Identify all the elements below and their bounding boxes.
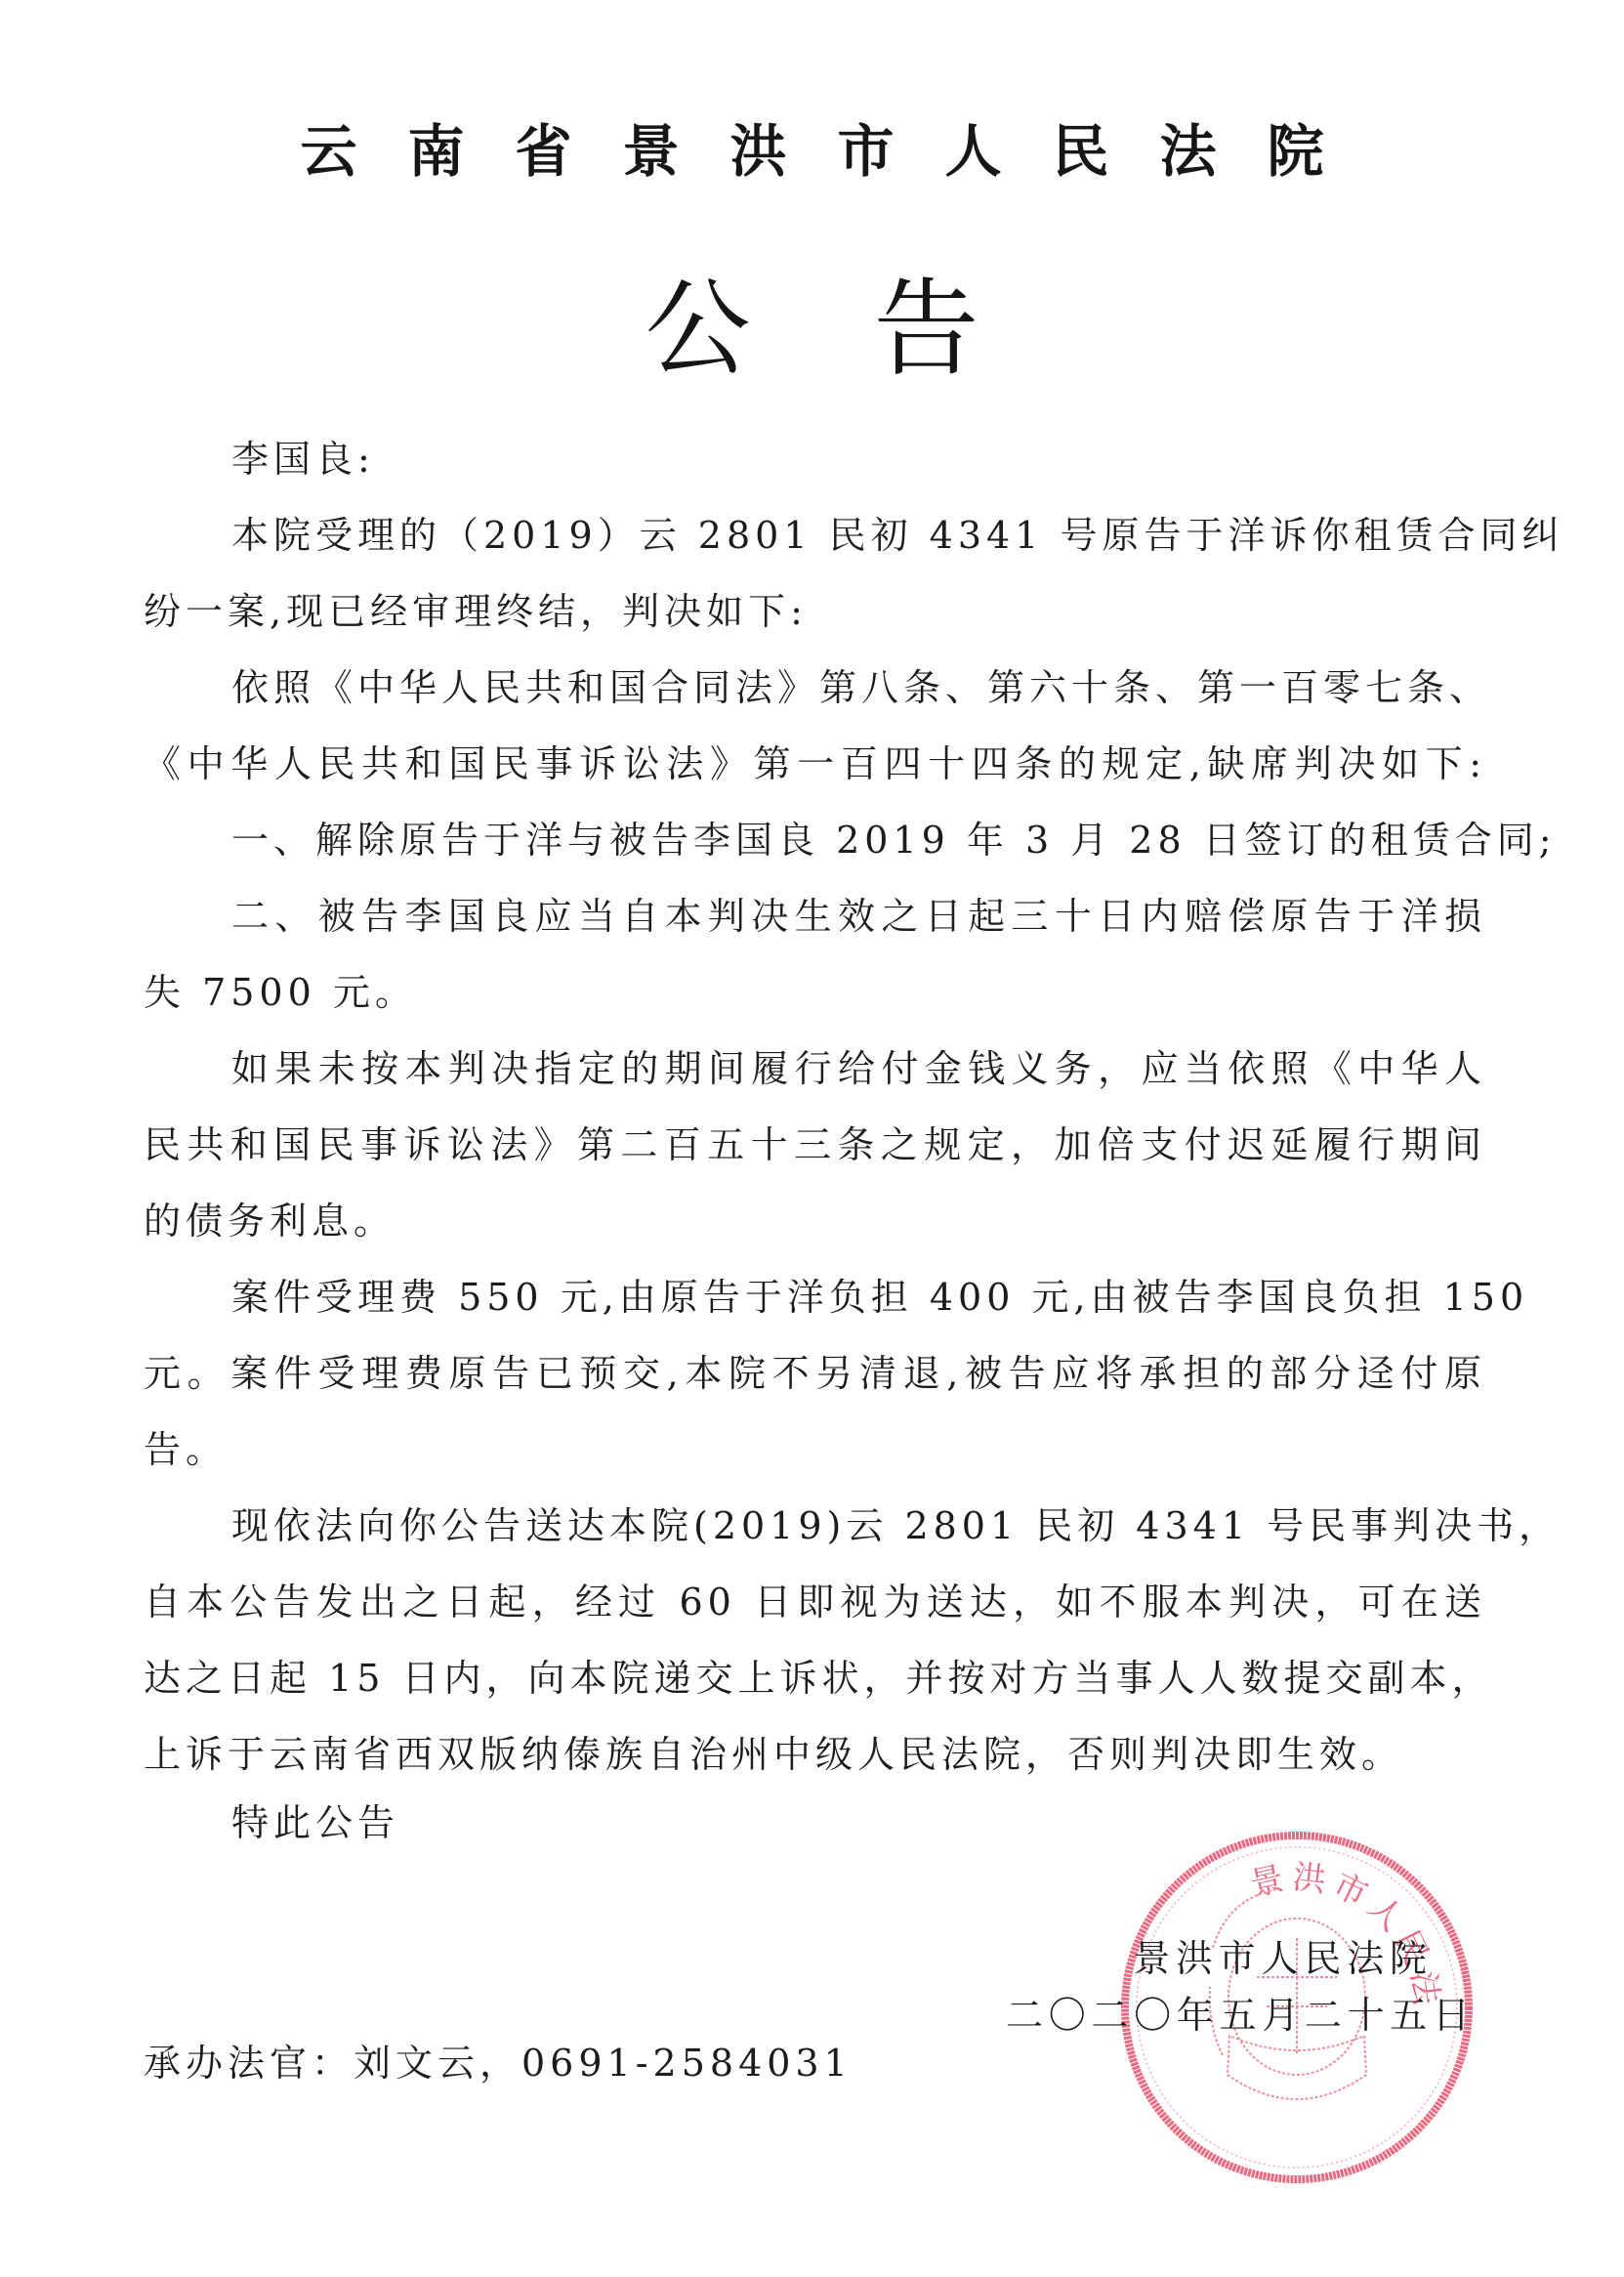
judgment-item-1: 一、解除原告于洋与被告李国良 2019 年 3 月 28 日签订的租赁合同;: [231, 815, 1486, 865]
body-line: 依照《中华人民共和国合同法》第八条、第六十条、第一百零七条、: [231, 662, 1486, 713]
body-line: 如果未按本判决指定的期间履行给付金钱义务，应当依照《中华人: [231, 1043, 1486, 1094]
presiding-judge-contact: 承办法官：刘文云，0691-2584031: [144, 2039, 853, 2087]
body-line: 本院受理的（2019）云 2801 民初 4341 号原告于洋诉你租赁合同纠: [231, 510, 1486, 561]
body-line: 上诉于云南省西双版纳傣族自治州中级人民法院，否则判决即生效。: [144, 1729, 1486, 1780]
body-line: 的债务利息。: [144, 1196, 1486, 1246]
body-line: 案件受理费 550 元,由原告于洋负担 400 元,由被告李国良负担 150: [231, 1272, 1486, 1323]
body-line: 达之日起 15 日内，向本院递交上诉状，并按对方当事人人数提交副本，: [144, 1653, 1486, 1704]
body-line: 元。案件受理费原告已预交,本院不另清退,被告应将承担的部分迳付原: [144, 1348, 1486, 1399]
notice-page: 云南省景洪市人民法院 公告 李国良: 本院受理的（2019）云 2801 民初 …: [0, 0, 1624, 2277]
body-line: 告。: [144, 1424, 1486, 1475]
addressee: 李国良:: [231, 434, 1486, 485]
svg-text:景洪市人民法院: 景洪市人民法院: [1120, 1831, 1446, 2012]
body-line: 失 7500 元。: [144, 967, 1486, 1018]
court-name-heading: 云南省景洪市人民法院: [0, 119, 1624, 184]
signing-date: 二〇二〇年五月二十五日: [1006, 1991, 1470, 2040]
body-line: 《中华人民共和国民事诉讼法》第一百四十四条的规定,缺席判决如下:: [144, 738, 1486, 789]
body-line: 现依法向你公告送达本院(2019)云 2801 民初 4341 号民事判决书，: [231, 1500, 1486, 1551]
body-line: 纷一案,现已经审理终结，判决如下:: [144, 586, 1486, 637]
body-line: 自本公告发出之日起，经过 60 日即视为送达，如不服本判决，可在送: [144, 1577, 1486, 1627]
judgment-item-2: 二、被告李国良应当自本判决生效之日起三十日内赔偿原告于洋损: [231, 891, 1486, 942]
document-title: 公告: [0, 272, 1624, 389]
signing-court: 景洪市人民法院: [1133, 1934, 1431, 1983]
body-line: 民共和国民事诉讼法》第二百五十三条之规定，加倍支付迟延履行期间: [144, 1119, 1486, 1170]
